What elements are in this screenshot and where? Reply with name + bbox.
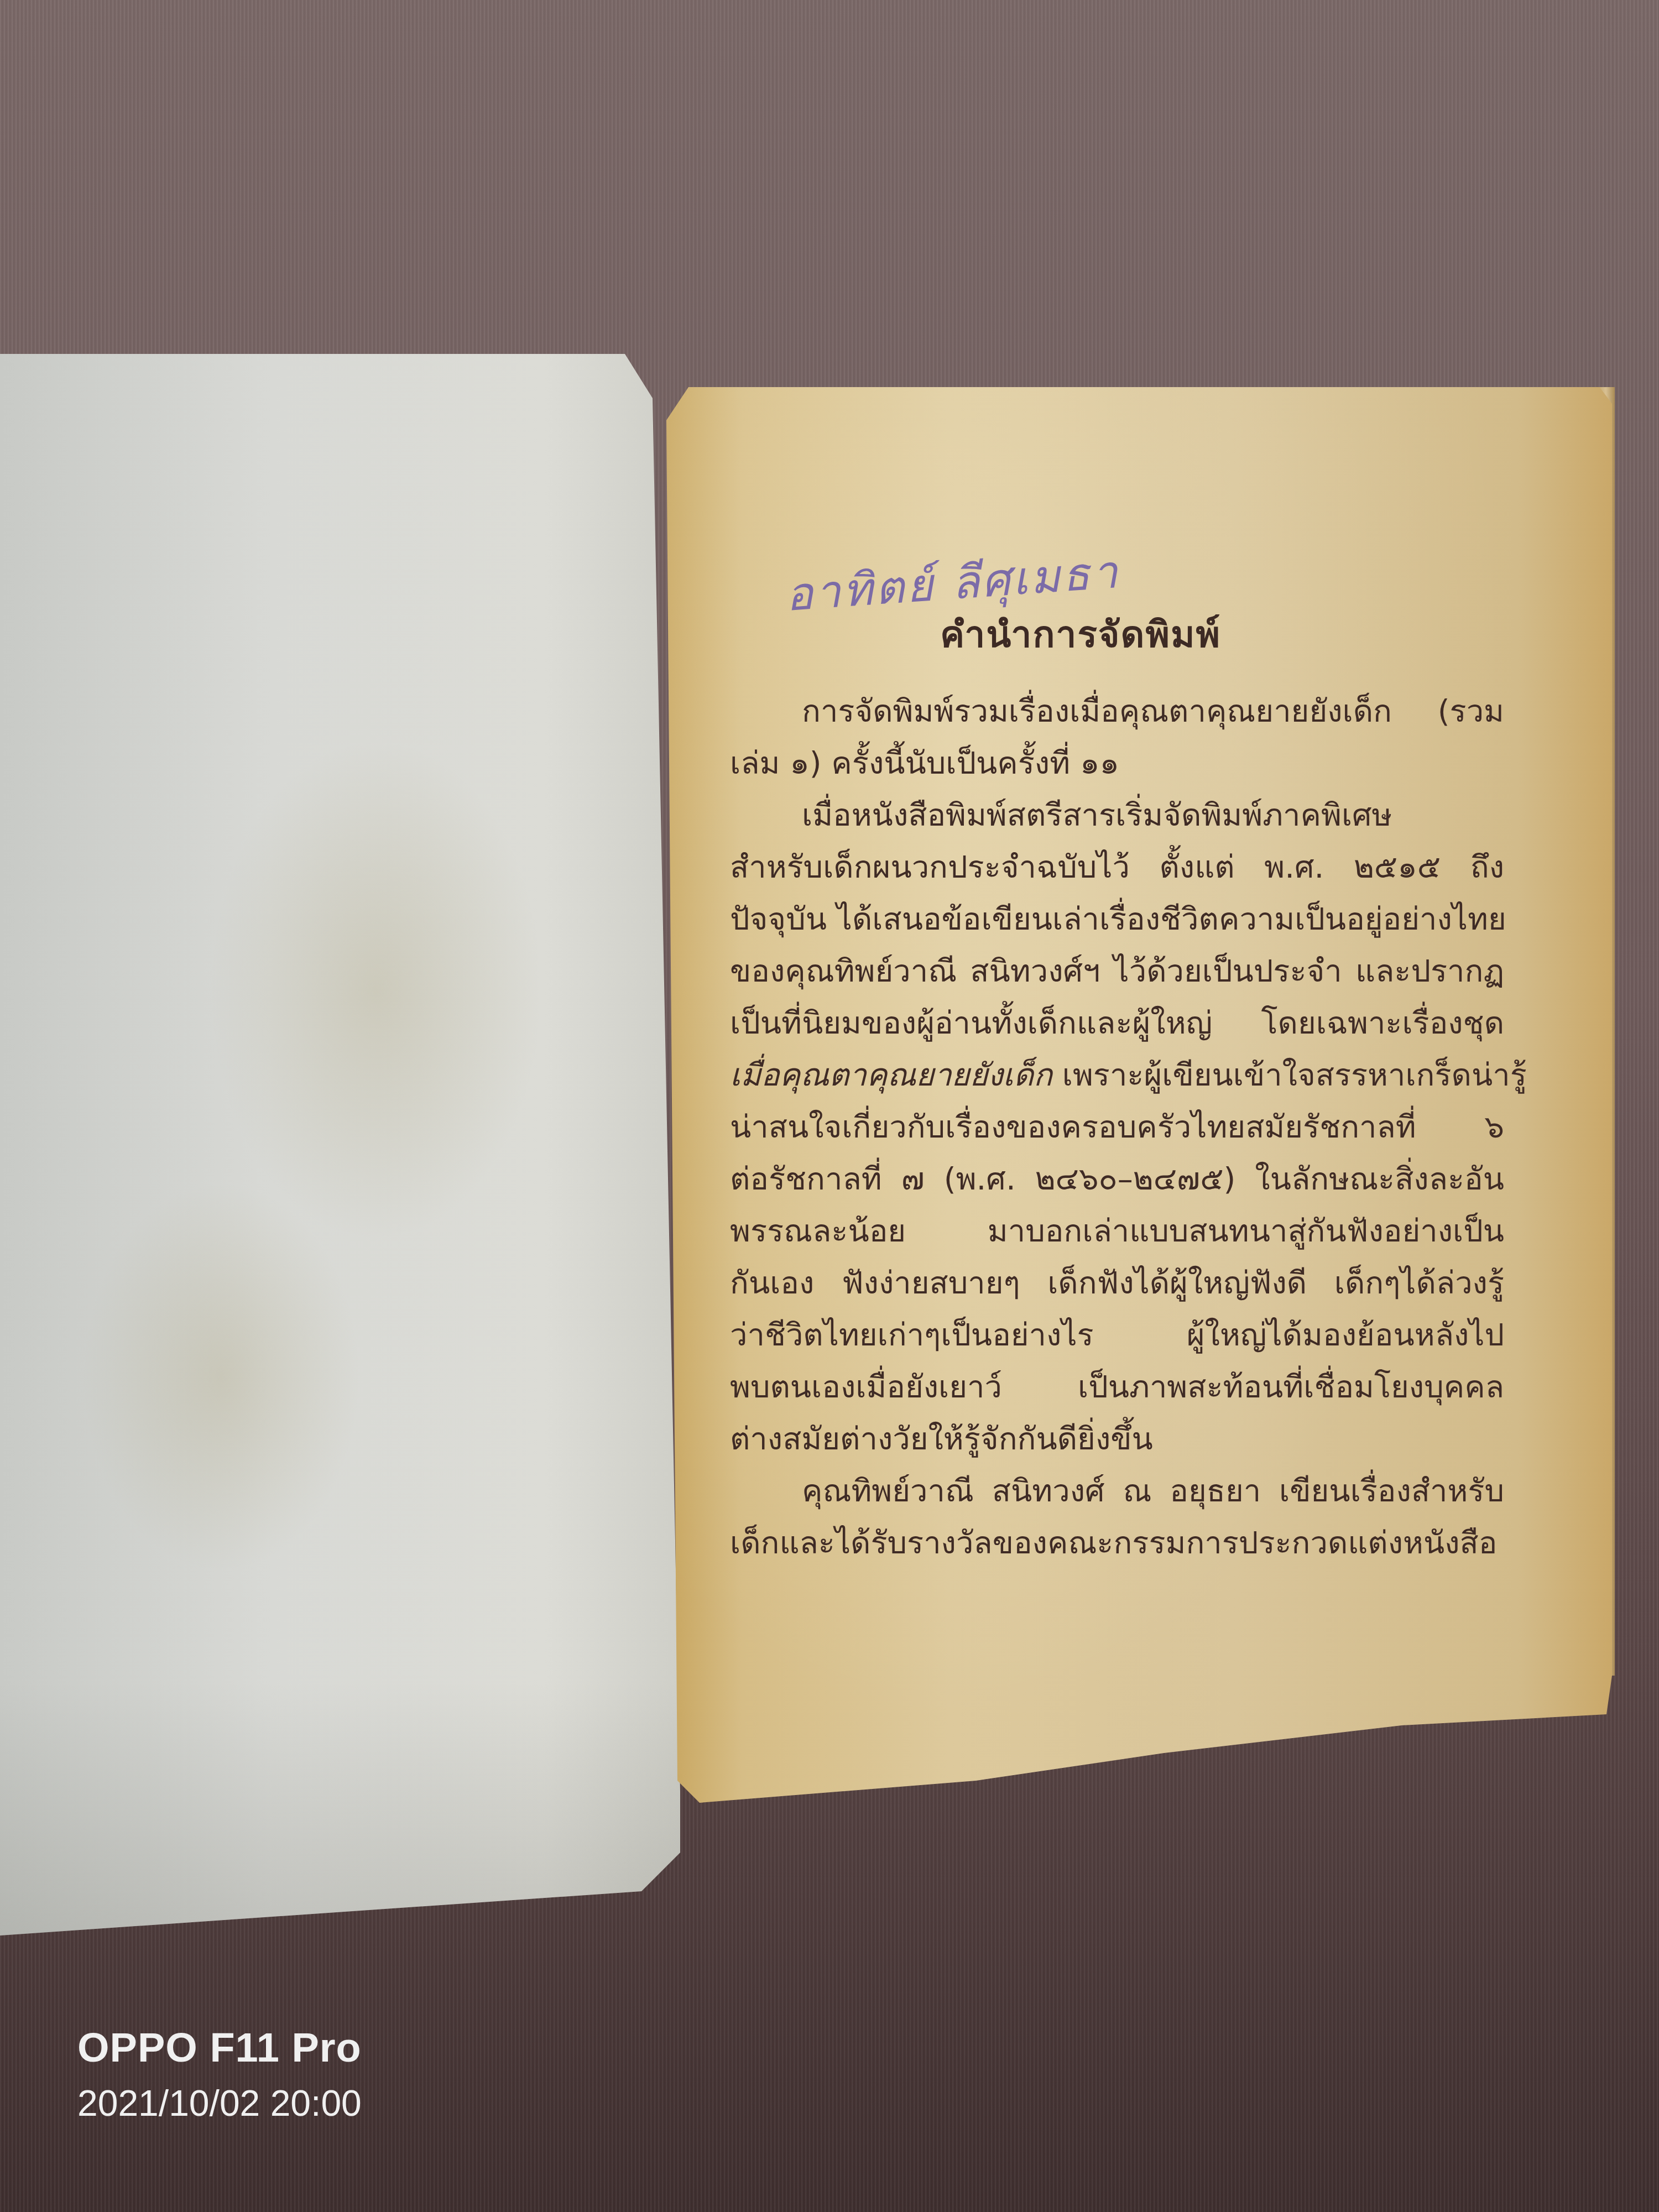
- text-line: เด็กและได้รับรางวัลของคณะกรรมการประกวดแต…: [730, 1517, 1504, 1569]
- text-line: ว่าชีวิตไทยเก่าๆเป็นอย่างไร ผู้ใหญ่ได้มอ…: [730, 1310, 1504, 1361]
- camera-watermark: OPPO F11 Pro 2021/10/02 20:00: [77, 2024, 362, 2124]
- text-line: คุณทิพย์วาณี สนิทวงศ์ ณ อยุธยา เขียนเรื่…: [730, 1465, 1504, 1517]
- body-text: การจัดพิมพ์รวมเรื่องเมื่อคุณตาคุณยายยังเ…: [730, 686, 1504, 1569]
- text-line: น่าสนใจเกี่ยวกับเรื่องของครอบครัวไทยสมัย…: [730, 1102, 1504, 1154]
- text-line: ต่างสมัยต่างวัยให้รู้จักกันดียิ่งขึ้น: [730, 1413, 1504, 1465]
- page-stain: [210, 741, 542, 1239]
- text-line: ของคุณทิพย์วาณี สนิทวงศ์ฯ ไว้ด้วยเป็นประ…: [730, 946, 1504, 998]
- text-line: เมื่อหนังสือพิมพ์สตรีสารเริ่มจัดพิมพ์ภาค…: [730, 790, 1504, 842]
- text-line: ปัจจุบัน ได้เสนอข้อเขียนเล่าเรื่องชีวิตค…: [730, 894, 1504, 946]
- text-line-with-italic: เมื่อคุณตาคุณยายยังเด็ก เพราะผู้เขียนเข้…: [730, 1050, 1504, 1102]
- text-line: เล่ม ๑) ครั้งนี้นับเป็นครั้งที่ ๑๑: [730, 738, 1504, 790]
- left-blank-page: [0, 354, 680, 1947]
- text-line: กันเอง ฟังง่ายสบายๆ เด็กฟังได้ผู้ใหญ่ฟัง…: [730, 1258, 1504, 1310]
- page-stain: [83, 1183, 359, 1571]
- text-line: ต่อรัชกาลที่ ๗ (พ.ศ. ๒๔๖๐–๒๔๗๕) ในลักษณะ…: [730, 1154, 1504, 1206]
- text-line: การจัดพิมพ์รวมเรื่องเมื่อคุณตาคุณยายยังเ…: [730, 686, 1504, 738]
- capture-timestamp: 2021/10/02 20:00: [77, 2082, 362, 2124]
- text-line-rest: เพราะผู้เขียนเข้าใจสรรหาเกร็ดน่ารู้: [1052, 1057, 1527, 1093]
- text-line: พรรณละน้อย มาบอกเล่าแบบสนทนาสู่กันฟังอย่…: [730, 1206, 1504, 1258]
- text-line: สำหรับเด็กผนวกประจำฉบับไว้ ตั้งแต่ พ.ศ. …: [730, 842, 1504, 894]
- page-title: คำนำการจัดพิมพ์: [940, 606, 1221, 664]
- text-line: พบตนเองเมื่อยังเยาว์ เป็นภาพสะท้อนที่เชื…: [730, 1361, 1504, 1413]
- camera-model: OPPO F11 Pro: [77, 2024, 362, 2071]
- text-line: เป็นที่นิยมของผู้อ่านทั้งเด็กและผู้ใหญ่ …: [730, 998, 1504, 1050]
- italic-series-title: เมื่อคุณตาคุณยายยังเด็ก: [730, 1057, 1052, 1093]
